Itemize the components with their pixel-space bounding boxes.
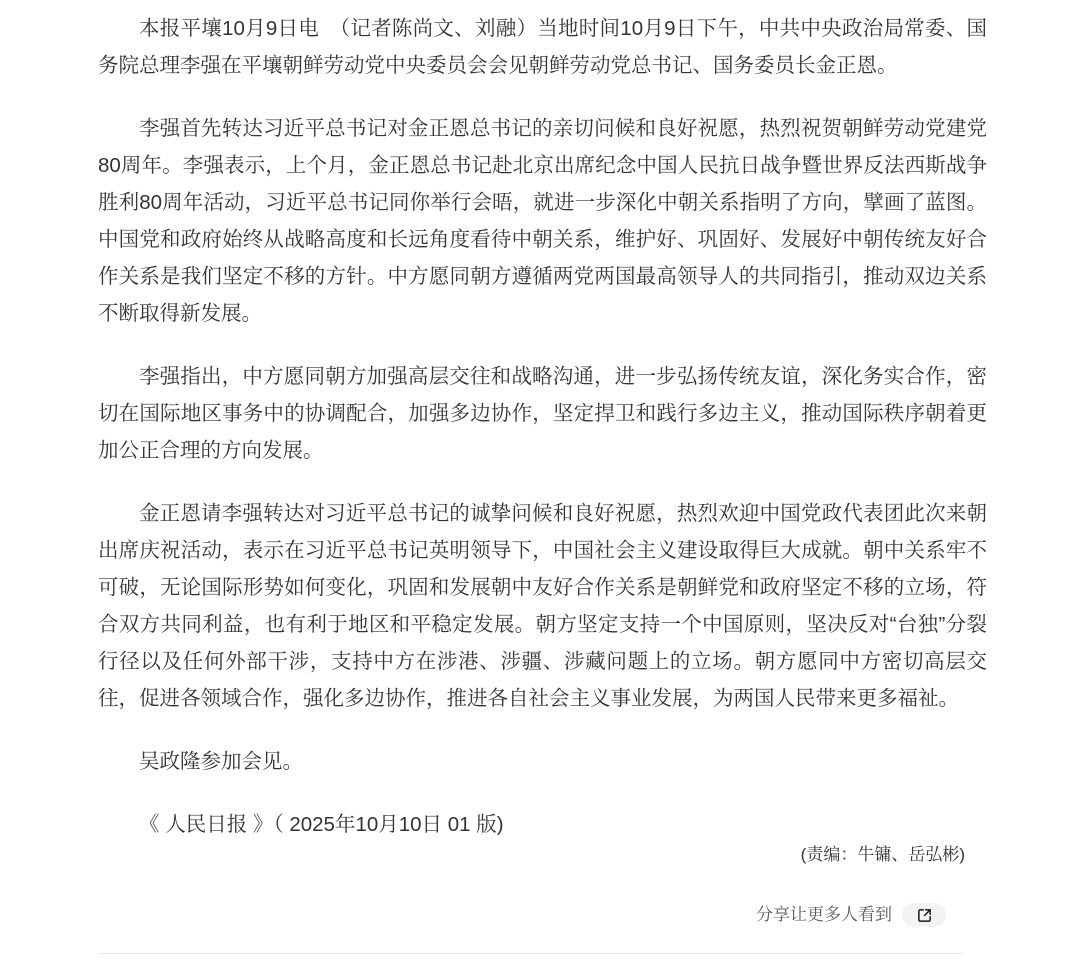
article-paragraph: 金正恩请李强转达对习近平总书记的诚挚问候和良好祝愿，热烈欢迎中国党政代表团此次来…: [98, 495, 987, 717]
article-paragraph: 李强指出，中方愿同朝方加强高层交往和战略沟通，进一步弘扬传统友谊，深化务实合作，…: [98, 358, 987, 469]
share-label: 分享让更多人看到: [756, 903, 892, 927]
article-paragraph: 吴政隆参加会见。: [98, 743, 987, 780]
article-editors: (责编：牛镛、岳弘彬): [98, 843, 987, 867]
article-source: 《 人民日报 》（ 2025年10月10日 01 版): [98, 806, 987, 843]
article-paragraph: 李强首先转达习近平总书记对金正恩总书记的亲切问候和良好祝愿，热烈祝贺朝鲜劳动党建…: [98, 110, 987, 332]
article-page: 本报平壤10月9日电 （记者陈尚文、刘融）当地时间10月9日下午，中共中央政治局…: [98, 0, 987, 954]
share-row: 分享让更多人看到: [98, 903, 987, 927]
divider: [100, 953, 962, 954]
share-button[interactable]: [902, 903, 946, 927]
external-link-icon: [917, 908, 932, 923]
article-paragraph: 本报平壤10月9日电 （记者陈尚文、刘融）当地时间10月9日下午，中共中央政治局…: [98, 10, 987, 84]
